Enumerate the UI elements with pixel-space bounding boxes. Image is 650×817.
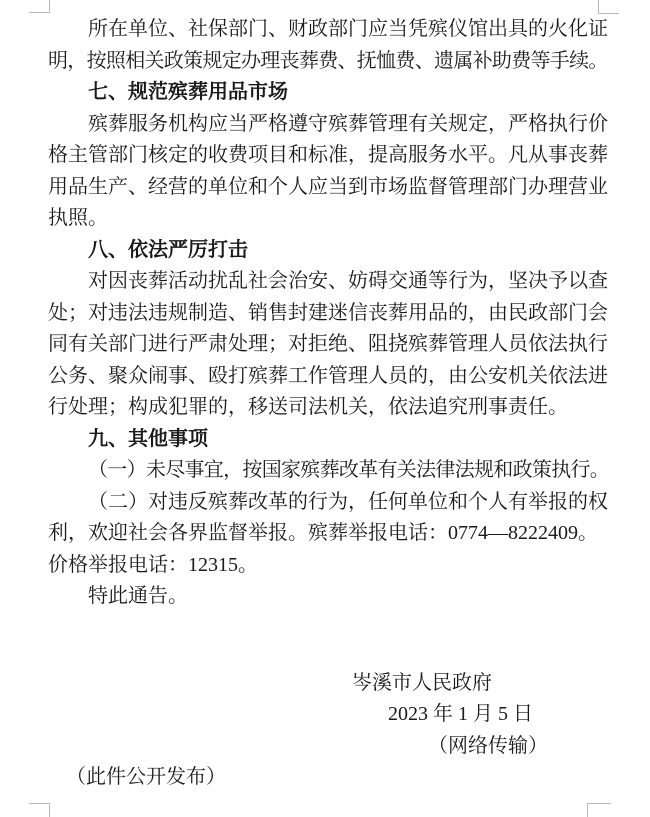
- document-line: 所在单位、社保部门、财政部门应当凭殡仪馆出具的火化证: [48, 14, 608, 46]
- document-line: （一）未尽事宜，按国家殡葬改革有关法律法规和政策执行。: [48, 455, 608, 487]
- crop-mark-bottom-right: [587, 803, 611, 817]
- signature-issuer: 岑溪市人民政府: [48, 668, 492, 700]
- document-line: 执照。: [48, 203, 608, 235]
- document-page: 所在单位、社保部门、财政部门应当凭殡仪馆出具的火化证明，按照相关政策规定办理丧葬…: [0, 0, 650, 817]
- document-line: 价格举报电话：12315。: [48, 550, 608, 582]
- document-line: （二）对违反殡葬改革的行为，任何单位和个人有举报的权: [48, 487, 608, 519]
- crop-mark-top-right: [598, 0, 619, 14]
- document-line: 对因丧葬活动扰乱社会治安、妨碍交通等行为，坚决予以查: [48, 266, 608, 298]
- document-line: 格主管部门核定的收费项目和标准，提高服务水平。凡从事丧葬: [48, 140, 608, 172]
- document-line: 明，按照相关政策规定办理丧葬费、抚恤费、遗属补助费等手续。: [48, 46, 608, 78]
- document-line: 同有关部门进行严肃处理；对拒绝、阻挠殡葬管理人员依法执行: [48, 329, 608, 361]
- crop-mark-top-left: [29, 0, 50, 13]
- section-heading: 八、依法严厉打击: [48, 235, 608, 267]
- document-line: 处；对违法违规制造、销售封建迷信丧葬用品的，由民政部门会: [48, 298, 608, 330]
- document-line: 用品生产、经营的单位和个人应当到市场监督管理部门办理营业: [48, 172, 608, 204]
- crop-mark-bottom-left: [29, 803, 50, 817]
- public-release-note: （此件公开发布）: [66, 762, 608, 794]
- document-line: 公务、聚众闹事、殴打殡葬工作管理人员的，由公安机关依法进: [48, 361, 608, 393]
- signature-transmission-note: （网络传输）: [48, 731, 548, 763]
- document-line: 殡葬服务机构应当严格遵守殡葬管理有关规定，严格执行价: [48, 109, 608, 141]
- section-heading: 七、规范殡葬用品市场: [48, 77, 608, 109]
- signature-gap: [48, 613, 608, 668]
- document-lines: 所在单位、社保部门、财政部门应当凭殡仪馆出具的火化证明，按照相关政策规定办理丧葬…: [48, 14, 608, 613]
- section-heading: 九、其他事项: [48, 424, 608, 456]
- document-line: 利，欢迎社会各界监督举报。殡葬举报电话：0774—8222409。: [48, 518, 608, 550]
- document-line: 特此通告。: [48, 581, 608, 613]
- document-line: 行处理；构成犯罪的，移送司法机关，依法追究刑事责任。: [48, 392, 608, 424]
- signature-date: 2023 年 1 月 5 日: [48, 699, 533, 731]
- document-body: 所在单位、社保部门、财政部门应当凭殡仪馆出具的火化证明，按照相关政策规定办理丧葬…: [48, 14, 608, 794]
